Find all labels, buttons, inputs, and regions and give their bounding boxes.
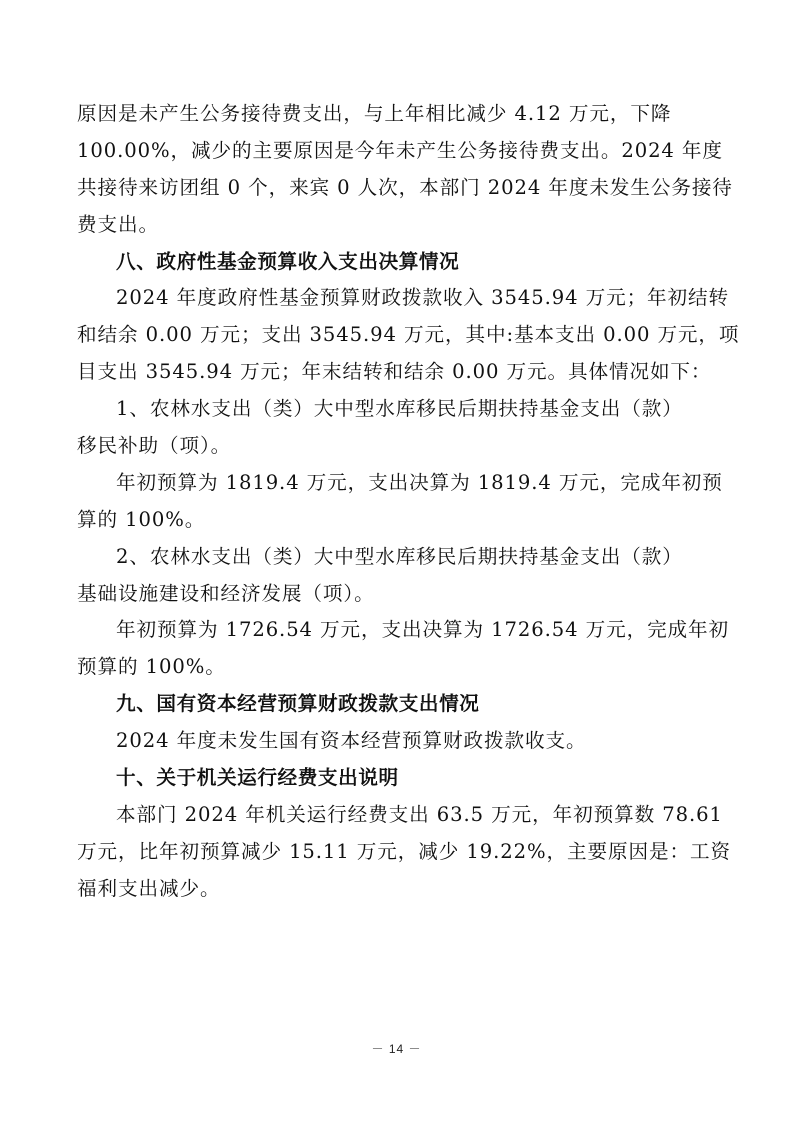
item-title-line: 1、农林水支出（类）大中型水库移民后期扶持基金支出（款） [77, 391, 717, 428]
item-detail-line: 预算的 100%。 [77, 649, 717, 686]
section-state-capital: 九、国有资本经营预算财政拨款支出情况 2024 年度未发生国有资本经营预算财政拨… [77, 686, 717, 760]
paragraph-line: 万元，比年初预算减少 15.11 万元，减少 19.22%，主要原因是：工资 [77, 834, 717, 871]
item-detail-line: 年初预算为 1819.4 万元，支出决算为 1819.4 万元，完成年初预 [77, 465, 717, 502]
reception-expense-paragraph: 原因是未产生公务接待费支出，与上年相比减少 4.12 万元，下降 100.00%… [77, 96, 717, 244]
page-number: － 14 － [0, 1040, 793, 1057]
paragraph-line: 2024 年度政府性基金预算财政拨款收入 3545.94 万元；年初结转 [77, 280, 717, 317]
section-operating-expenses: 十、关于机关运行经费支出说明 本部门 2024 年机关运行经费支出 63.5 万… [77, 760, 717, 908]
fund-item-2: 2、农林水支出（类）大中型水库移民后期扶持基金支出（款） 基础设施建设和经济发展… [77, 539, 717, 687]
item-detail-line: 年初预算为 1726.54 万元，支出决算为 1726.54 万元，完成年初 [77, 612, 717, 649]
section-heading: 九、国有资本经营预算财政拨款支出情况 [77, 686, 717, 723]
paragraph-line: 100.00%，减少的主要原因是今年未产生公务接待费支出。2024 年度 [77, 133, 717, 170]
item-title-line: 基础设施建设和经济发展（项）。 [77, 576, 717, 613]
paragraph-line: 和结余 0.00 万元；支出 3545.94 万元，其中:基本支出 0.00 万… [77, 317, 717, 354]
item-title-line: 移民补助（项）。 [77, 428, 717, 465]
paragraph-line: 费支出。 [77, 207, 717, 244]
section-heading: 十、关于机关运行经费支出说明 [77, 760, 717, 797]
item-detail-line: 算的 100%。 [77, 502, 717, 539]
paragraph-line: 原因是未产生公务接待费支出，与上年相比减少 4.12 万元，下降 [77, 96, 717, 133]
paragraph-line: 福利支出减少。 [77, 871, 717, 908]
paragraph-line: 目支出 3545.94 万元；年末结转和结余 0.00 万元。具体情况如下： [77, 354, 717, 391]
section-heading: 八、政府性基金预算收入支出决算情况 [77, 244, 717, 281]
fund-item-1: 1、农林水支出（类）大中型水库移民后期扶持基金支出（款） 移民补助（项）。 年初… [77, 391, 717, 539]
section-government-fund: 八、政府性基金预算收入支出决算情况 2024 年度政府性基金预算财政拨款收入 3… [77, 244, 717, 687]
document-page: 原因是未产生公务接待费支出，与上年相比减少 4.12 万元，下降 100.00%… [77, 96, 717, 908]
paragraph-line: 共接待来访团组 0 个，来宾 0 人次，本部门 2024 年度未发生公务接待 [77, 170, 717, 207]
section-summary-paragraph: 2024 年度政府性基金预算财政拨款收入 3545.94 万元；年初结转 和结余… [77, 280, 717, 391]
paragraph-line: 2024 年度未发生国有资本经营预算财政拨款收支。 [77, 723, 717, 760]
paragraph-line: 本部门 2024 年机关运行经费支出 63.5 万元，年初预算数 78.61 [77, 797, 717, 834]
item-title-line: 2、农林水支出（类）大中型水库移民后期扶持基金支出（款） [77, 539, 717, 576]
